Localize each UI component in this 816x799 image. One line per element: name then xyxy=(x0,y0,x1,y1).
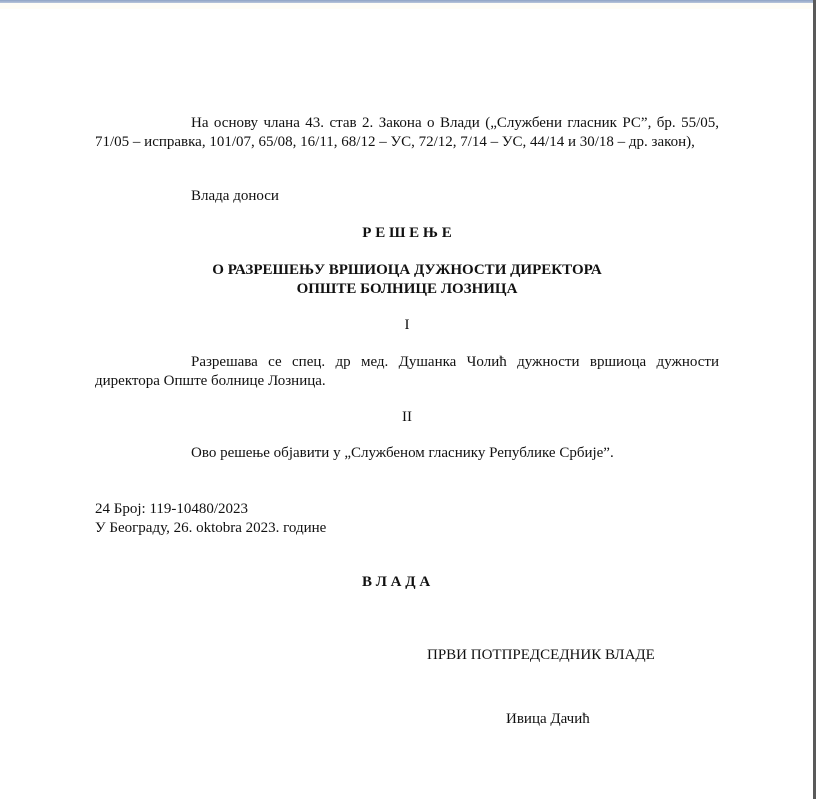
subject-line-1: О РАЗРЕШЕЊУ ВРШИОЦА ДУЖНОСТИ ДИРЕКТОРА xyxy=(95,261,719,280)
section-text-2: Ово решење објавити у „Службеном гласник… xyxy=(95,444,719,463)
preamble-paragraph: На основу члана 43. став 2. Закона о Вла… xyxy=(95,114,719,152)
decision-heading: Р Е Ш Е Њ Е xyxy=(95,224,719,243)
authority-heading: В Л А Д А xyxy=(362,573,430,592)
signatory-title: ПРВИ ПОТПРЕДСЕДНИК ВЛАДЕ xyxy=(427,646,655,665)
issuer-line: Влада доноси xyxy=(95,187,719,206)
place-date: У Београду, 26. oktobra 2023. године xyxy=(95,519,719,538)
section-text-1: Разрешава се спец. др мед. Душанка Чолић… xyxy=(95,353,719,391)
subject-line-2: ОПШТЕ БОЛНИЦЕ ЛОЗНИЦА xyxy=(95,280,719,299)
section-numeral-1: I xyxy=(95,316,719,335)
reference-number: 24 Број: 119-10480/2023 xyxy=(95,500,719,519)
signatory-name: Ивица Дачић xyxy=(506,710,590,729)
window-top-tint xyxy=(0,3,812,9)
section-numeral-2: II xyxy=(95,408,719,427)
